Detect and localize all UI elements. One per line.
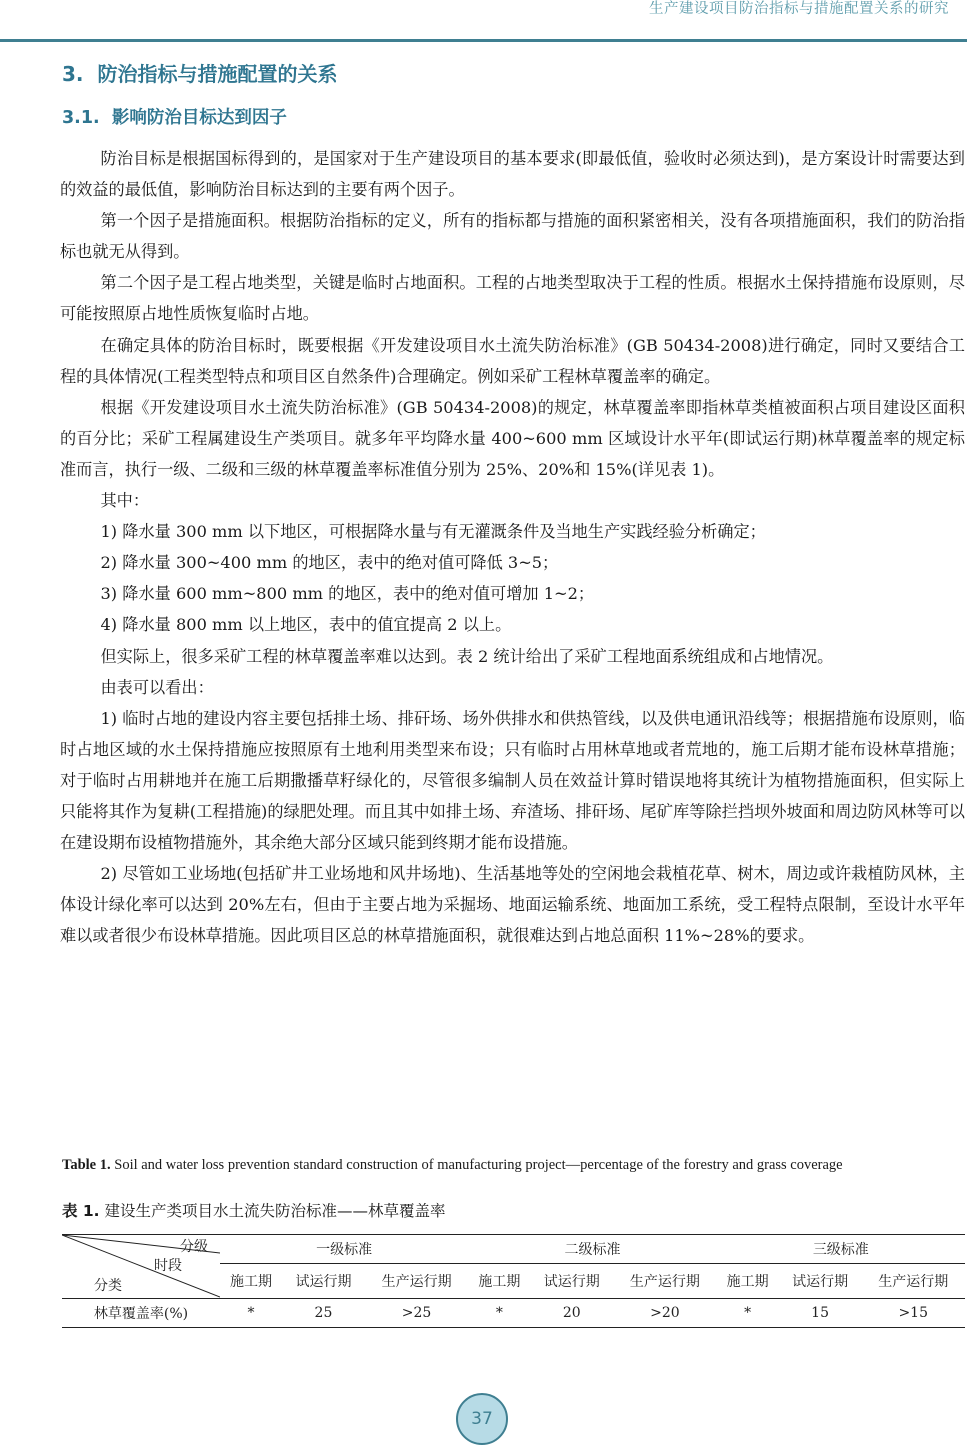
list-item: 4) 降水量 800 mm 以上地区，表中的值宜提高 2 以上。 xyxy=(60,609,965,640)
table-caption-en: Table 1. Soil and water loss prevention … xyxy=(62,1157,967,1174)
paragraph: 其中： xyxy=(60,485,965,516)
corner-label-grade: 分级 xyxy=(180,1236,208,1256)
table-caption-en-text: Soil and water loss prevention standard … xyxy=(111,1157,843,1173)
table-cell: * xyxy=(717,1299,779,1328)
table-cell: >15 xyxy=(861,1299,965,1328)
table-cell: >20 xyxy=(613,1299,716,1328)
table-corner-cell: 分级 时段 分类 xyxy=(62,1235,220,1299)
period-header: 试运行期 xyxy=(530,1264,613,1299)
section-heading: 3. 防治指标与措施配置的关系 xyxy=(62,58,337,87)
paragraph: 防治目标是根据国标得到的，是国家对于生产建设项目的基本要求(即最低值，验收时必须… xyxy=(60,143,965,205)
group-header: 三级标准 xyxy=(717,1235,965,1264)
group-header: 一级标准 xyxy=(220,1235,468,1264)
section-number: 3. xyxy=(62,62,84,86)
period-header: 施工期 xyxy=(717,1264,779,1299)
period-header: 施工期 xyxy=(220,1264,282,1299)
table-cell: * xyxy=(220,1299,282,1328)
period-header: 试运行期 xyxy=(779,1264,862,1299)
header-rule xyxy=(0,39,967,42)
list-item: 3) 降水量 600 mm~800 mm 的地区，表中的绝对值可增加 1~2； xyxy=(60,578,965,609)
paragraph: 第二个因子是工程占地类型，关键是临时占地面积。工程的占地类型取决于工程的性质。根… xyxy=(60,267,965,329)
table-caption-cn-label: 表 1. xyxy=(62,1202,100,1220)
period-header: 生产运行期 xyxy=(613,1264,716,1299)
table-cell: 25 xyxy=(282,1299,365,1328)
group-header: 二级标准 xyxy=(468,1235,716,1264)
period-header: 生产运行期 xyxy=(861,1264,965,1299)
paragraph: 由表可以看出： xyxy=(60,672,965,703)
subsection-number: 3.1. xyxy=(62,108,100,128)
table-cell: >25 xyxy=(365,1299,468,1328)
table-row: 林草覆盖率(%) * 25 >25 * 20 >20 * 15 >15 xyxy=(62,1299,965,1328)
table-header-row-groups: 分级 时段 分类 一级标准 二级标准 三级标准 xyxy=(62,1235,965,1264)
period-header: 施工期 xyxy=(468,1264,530,1299)
table-caption-cn-text: 建设生产类项目水土流失防治标准——林草覆盖率 xyxy=(100,1202,446,1220)
subsection-heading: 3.1. 影响防治目标达到因子 xyxy=(62,104,287,129)
paragraph: 但实际上，很多采矿工程的林草覆盖率难以达到。表 2 统计给出了采矿工程地面系统组… xyxy=(60,641,965,672)
table-cell: 20 xyxy=(530,1299,613,1328)
paragraph: 第一个因子是措施面积。根据防治指标的定义，所有的指标都与措施的面积紧密相关，没有… xyxy=(60,205,965,267)
table-1: 分级 时段 分类 一级标准 二级标准 三级标准 施工期 试运行期 生产运行期 施… xyxy=(62,1234,965,1328)
table-caption-cn: 表 1. 建设生产类项目水土流失防治标准——林草覆盖率 xyxy=(62,1199,446,1221)
paragraph: 1) 临时占地的建设内容主要包括排土场、排矸场、场外供排水和供热管线，以及供电通… xyxy=(60,703,965,858)
list-item: 1) 降水量 300 mm 以下地区，可根据降水量与有无灌溉条件及当地生产实践经… xyxy=(60,516,965,547)
corner-label-category: 分类 xyxy=(94,1275,122,1295)
paragraph: 2) 尽管如工业场地(包括矿井工业场地和风井场地)、生活基地等处的空闲地会栽植花… xyxy=(60,858,965,951)
period-header: 试运行期 xyxy=(282,1264,365,1299)
list-item: 2) 降水量 300~400 mm 的地区，表中的绝对值可降低 3~5； xyxy=(60,547,965,578)
table-cell: * xyxy=(468,1299,530,1328)
row-label: 林草覆盖率(%) xyxy=(62,1299,220,1328)
period-header: 生产运行期 xyxy=(365,1264,468,1299)
section-title: 防治指标与措施配置的关系 xyxy=(97,62,337,86)
table-caption-en-label: Table 1. xyxy=(62,1157,111,1173)
running-head: 生产建设项目防治指标与措施配置关系的研究 xyxy=(649,0,949,18)
corner-label-period: 时段 xyxy=(154,1255,182,1275)
paragraph: 在确定具体的防治目标时，既要根据《开发建设项目水土流失防治标准》(GB 5043… xyxy=(60,330,965,392)
subsection-title: 影响防治目标达到因子 xyxy=(112,108,287,128)
body-text: 防治目标是根据国标得到的，是国家对于生产建设项目的基本要求(即最低值，验收时必须… xyxy=(60,143,965,951)
page-number-badge: 37 xyxy=(456,1393,508,1445)
table-cell: 15 xyxy=(779,1299,862,1328)
paragraph: 根据《开发建设项目水土流失防治标准》(GB 50434-2008)的规定，林草覆… xyxy=(60,392,965,485)
